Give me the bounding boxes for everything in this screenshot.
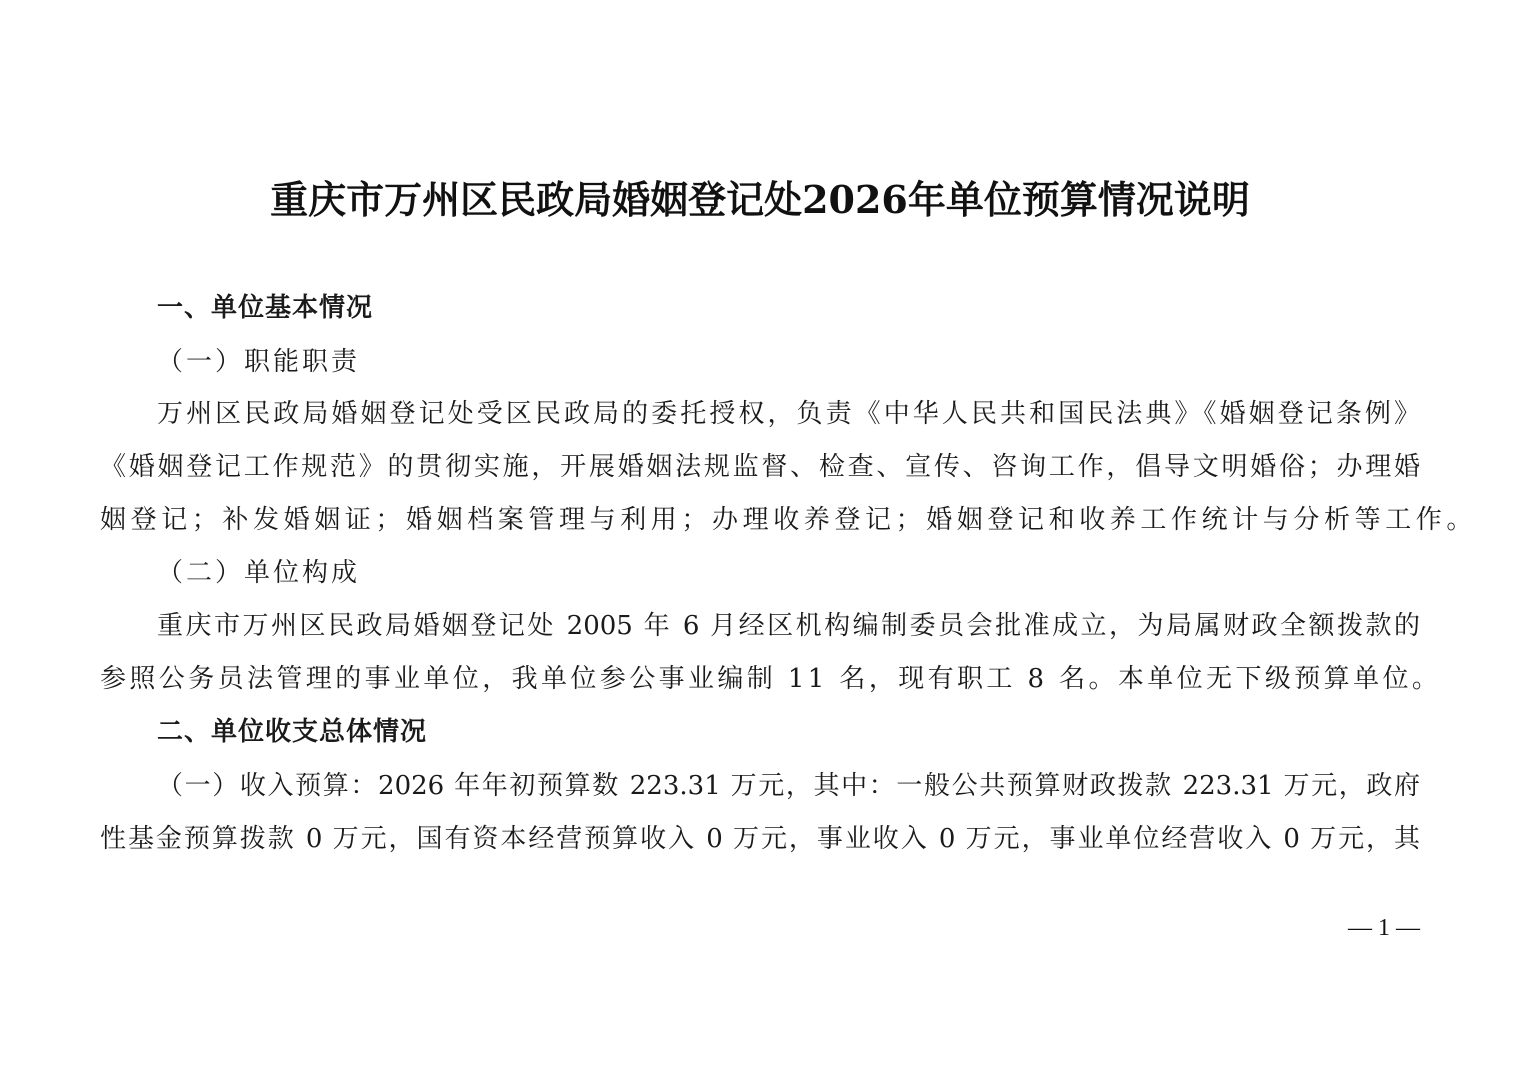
- paragraph-line: 重庆市万州区民政局婚姻登记处 2005 年 6 月经区机构编制委员会批准成立，为…: [157, 608, 1420, 644]
- document-page: 重庆市万州区民政局婚姻登记处2026年单位预算情况说明 一、单位基本情况 （一）…: [0, 0, 1520, 1074]
- section-heading-basic-info: 一、单位基本情况: [157, 290, 373, 326]
- subsection-heading-composition: （二）单位构成: [157, 555, 360, 591]
- paragraph-line: 性基金预算拨款 0 万元，国有资本经营预算收入 0 万元，事业收入 0 万元，事…: [100, 821, 1420, 857]
- document-title: 重庆市万州区民政局婚姻登记处2026年单位预算情况说明: [0, 176, 1520, 224]
- subsection-heading-duties: （一）职能职责: [157, 344, 360, 380]
- paragraph-line: （一）收入预算：2026 年年初预算数 223.31 万元，其中：一般公共预算财…: [157, 768, 1420, 804]
- paragraph-line: 姻登记；补发婚姻证；婚姻档案管理与利用；办理收养登记；婚姻登记和收养工作统计与分…: [100, 502, 1420, 538]
- paragraph-line: 万州区民政局婚姻登记处受区民政局的委托授权，负责《中华人民共和国民法典》《婚姻登…: [157, 396, 1420, 432]
- section-heading-budget-overview: 二、单位收支总体情况: [157, 714, 427, 750]
- page-number: — 1 —: [1340, 912, 1420, 944]
- paragraph-line: 《婚姻登记工作规范》的贯彻实施，开展婚姻法规监督、检查、宣传、咨询工作，倡导文明…: [100, 449, 1420, 485]
- paragraph-line: 参照公务员法管理的事业单位，我单位参公事业编制 11 名，现有职工 8 名。本单…: [100, 661, 1420, 697]
